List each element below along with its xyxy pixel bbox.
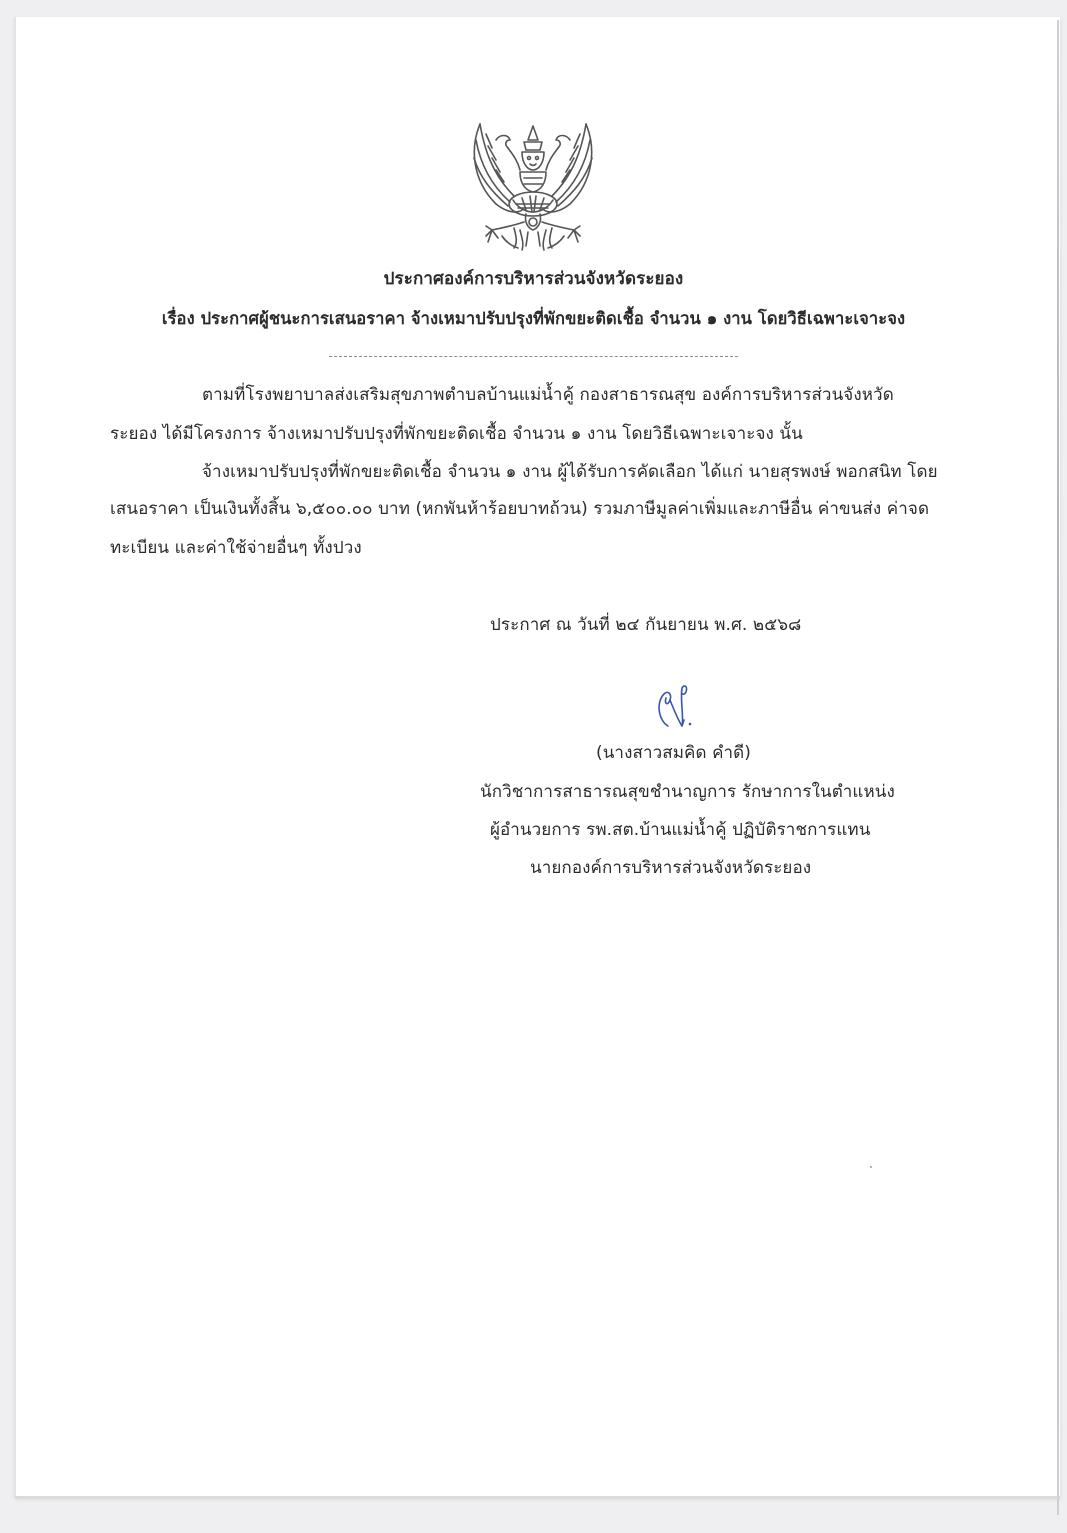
paragraph-2-line-1: จ้างเหมาปรับปรุงที่พักขยะติดเชื้อ จำนวน … [202,461,938,483]
signatory-position-line-2: ผู้อำนวยการ รพ.สต.บ้านแม่น้ำคู้ ปฏิบัติร… [490,819,870,841]
page-bottom-shadow [15,1496,1060,1500]
paragraph-1-line-2: ระยอง ได้มีโครงการ จ้างเหมาปรับปรุงที่พั… [110,423,803,445]
paragraph-2-line-2: เสนอราคา เป็นเงินทั้งสิ้น ๖,๕๐๐.๐๐ บาท (… [110,498,929,520]
announcement-title: ประกาศองค์การบริหารส่วนจังหวัดระยอง [0,268,1067,290]
signature-icon [650,680,700,732]
page-right-edge [1057,20,1059,1515]
paragraph-1-line-1: ตามที่โรงพยาบาลส่งเสริมสุขภาพตำบลบ้านแม่… [202,384,894,406]
divider-line [329,356,738,357]
signatory-name: (นางสาวสมคิด คำดี) [0,742,1067,764]
paragraph-2-line-3: ทะเบียน และค่าใช้จ่ายอื่นๆ ทั้งปวง [110,537,362,559]
garuda-emblem-icon [466,118,600,254]
announcement-subject: เรื่อง ประกาศผู้ชนะการเสนอราคา จ้างเหมาป… [0,308,1067,330]
signatory-position-line-3: นายกองค์การบริหารส่วนจังหวัดระยอง [530,857,811,879]
signatory-position-line-1: นักวิชาการสาธารณสุขชำนาญการ รักษาการในตำ… [480,781,895,803]
scan-speck [870,1166,872,1168]
announcement-date: ประกาศ ณ วันที่ ๒๔ กันยายน พ.ศ. ๒๕๖๘ [490,614,801,636]
